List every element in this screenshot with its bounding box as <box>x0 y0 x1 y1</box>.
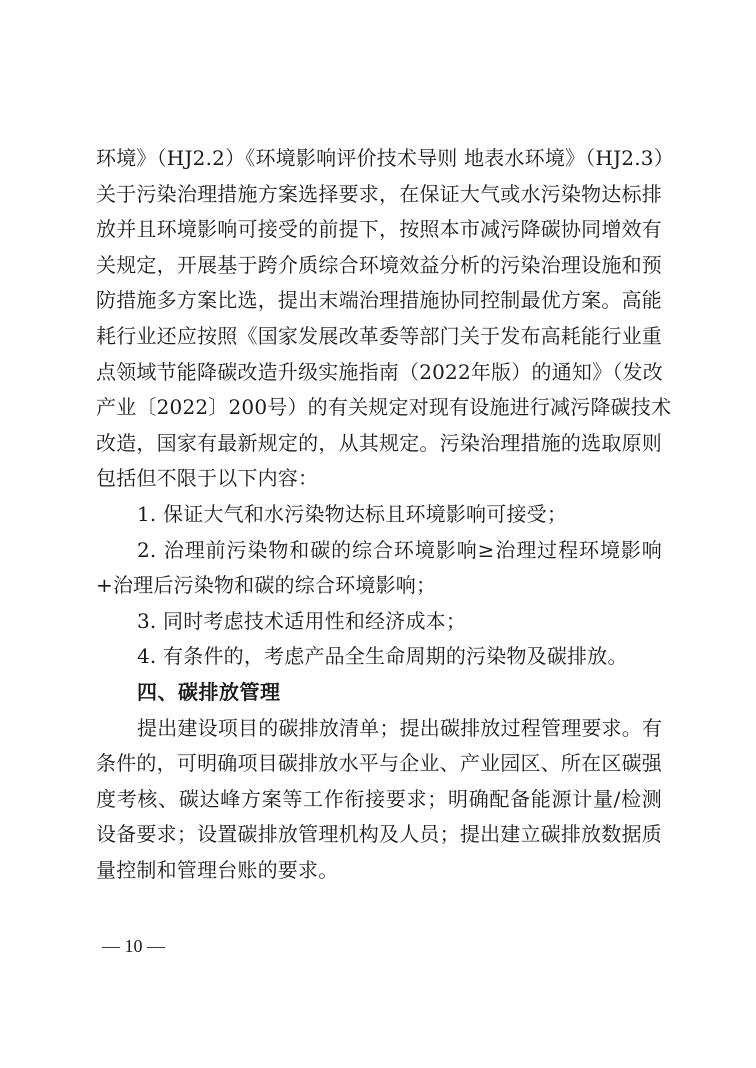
text-line: 关于污染治理措施方案选择要求，在保证大气或水污染物达标排 <box>96 177 662 213</box>
text-line: 环境》（HJ2.2）《环境影响评价技术导则 地表水环境》（HJ2.3） <box>96 141 662 177</box>
document-page: 环境》（HJ2.2）《环境影响评价技术导则 地表水环境》（HJ2.3） 关于污染… <box>96 141 662 888</box>
list-item-4: 4. 有条件的，考虑产品全生命周期的污染物及碳排放。 <box>96 639 662 675</box>
text-line: 设备要求；设置碳排放管理机构及人员；提出建立碳排放数据质 <box>96 817 662 853</box>
page-number: — 10 — <box>102 933 165 959</box>
text-line: 度考核、碳达峰方案等工作衔接要求；明确配备能源计量/检测 <box>96 782 662 818</box>
list-item-2-continuation: +治理后污染物和碳的综合环境影响； <box>96 568 662 604</box>
text-line: 提出建设项目的碳排放清单；提出碳排放过程管理要求。有 <box>96 711 662 747</box>
paragraph-carbon-management: 提出建设项目的碳排放清单；提出碳排放过程管理要求。有 条件的，可明确项目碳排放水… <box>96 711 662 889</box>
text-line: 耗行业还应按照《国家发展改革委等部门关于发布高耗能行业重 <box>96 319 662 355</box>
list-item-1: 1. 保证大气和水污染物达标且环境影响可接受； <box>96 497 662 533</box>
principles-list: 1. 保证大气和水污染物达标且环境影响可接受； 2. 治理前污染物和碳的综合环境… <box>96 497 662 675</box>
text-line: 改造，国家有最新规定的，从其规定。污染治理措施的选取原则 <box>96 426 662 462</box>
text-line: 放并且环境影响可接受的前提下，按照本市减污降碳协同增效有 <box>96 212 662 248</box>
list-item-2: 2. 治理前污染物和碳的综合环境影响≥治理过程环境影响 <box>96 533 662 569</box>
section-heading: 四、碳排放管理 <box>96 675 662 711</box>
text-line: 点领域节能降碳改造升级实施指南（2022年版）的通知》（发改 <box>96 355 662 391</box>
text-line: 包括但不限于以下内容： <box>96 461 662 497</box>
text-line: 关规定，开展基于跨介质综合环境效益分析的污染治理设施和预 <box>96 248 662 284</box>
text-line: 量控制和管理台账的要求。 <box>96 853 662 889</box>
text-line: 条件的，可明确项目碳排放水平与企业、产业园区、所在区碳强 <box>96 746 662 782</box>
text-line: 产业〔2022〕200号）的有关规定对现有设施进行减污降碳技术 <box>96 390 662 426</box>
paragraph-pollution-control: 环境》（HJ2.2）《环境影响评价技术导则 地表水环境》（HJ2.3） 关于污染… <box>96 141 662 497</box>
list-item-3: 3. 同时考虑技术适用性和经济成本； <box>96 604 662 640</box>
text-line: 防措施多方案比选，提出末端治理措施协同控制最优方案。高能 <box>96 283 662 319</box>
